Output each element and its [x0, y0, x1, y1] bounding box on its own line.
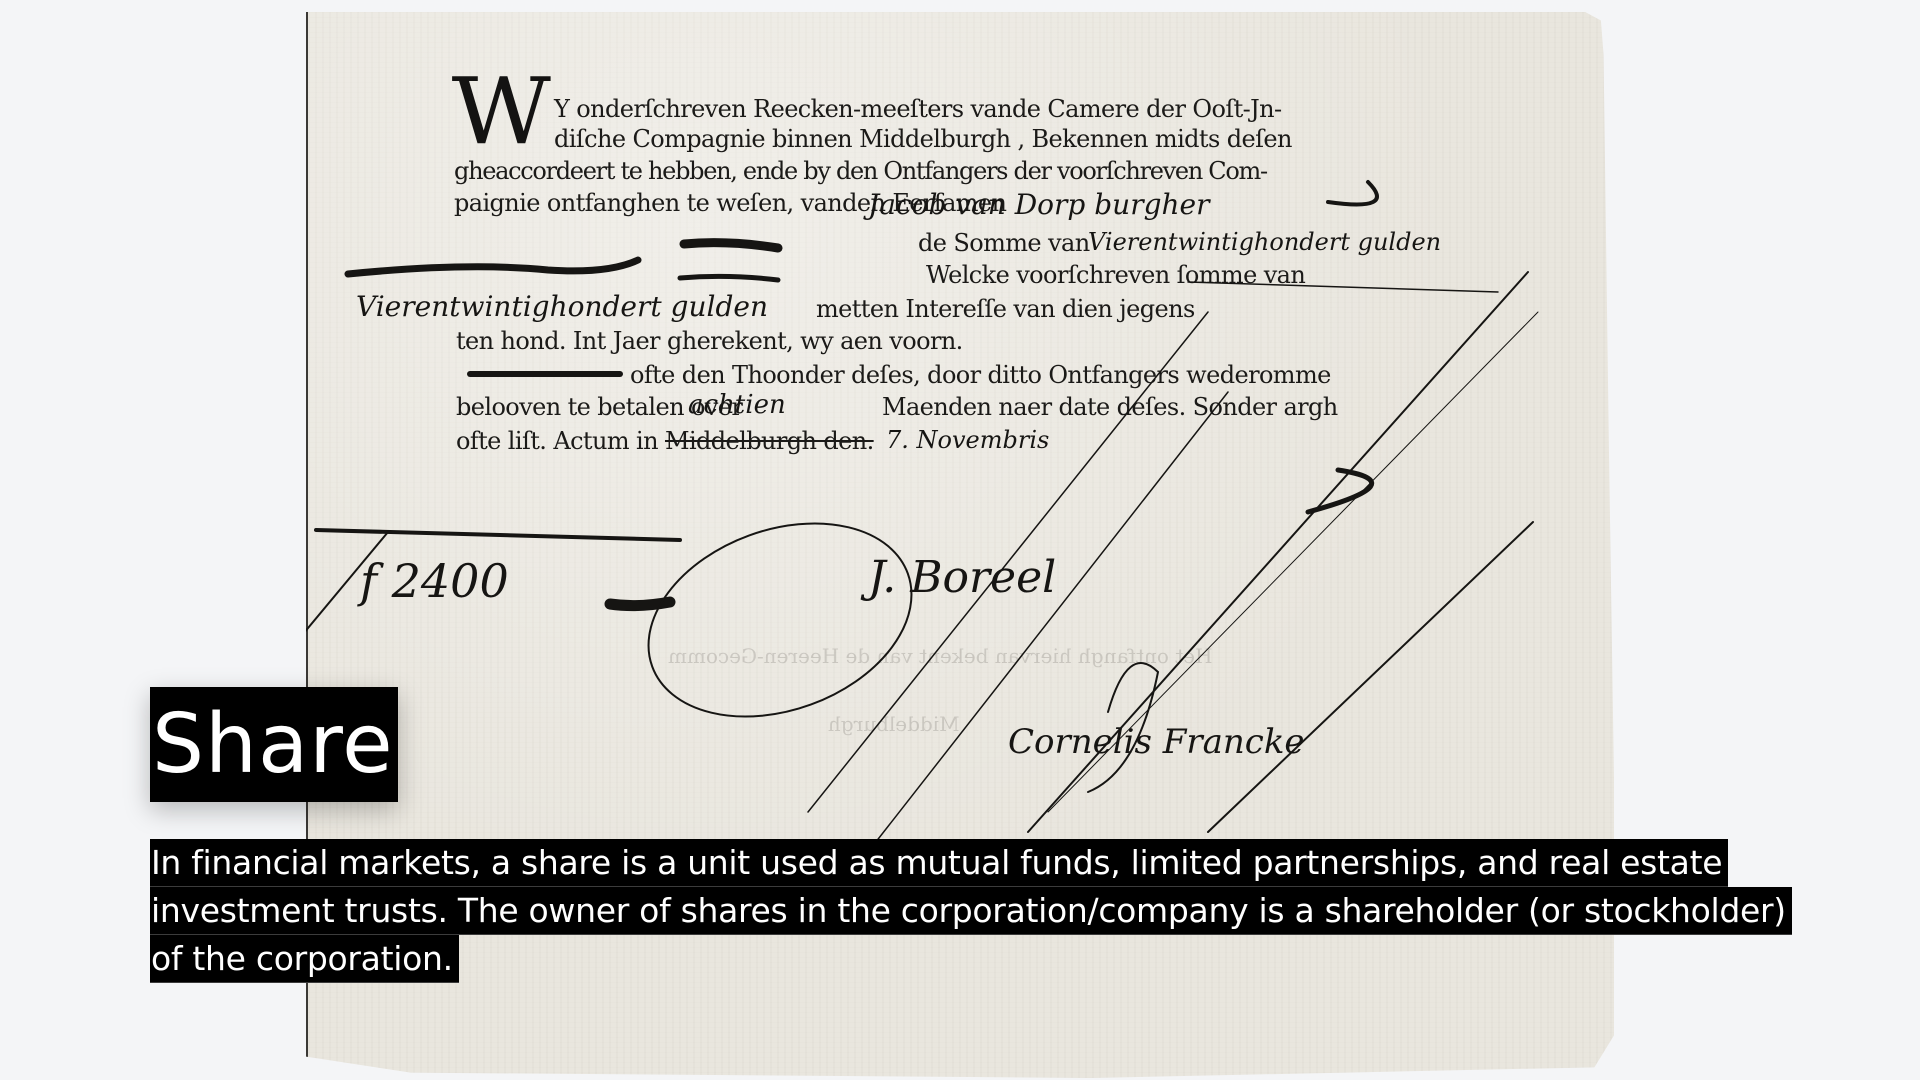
slide-title: Share	[150, 687, 398, 802]
slide-caption: In financial markets, a share is a unit …	[150, 839, 1792, 983]
caption-line-3: of the corporation.	[150, 935, 459, 983]
caption-line-1: In financial markets, a share is a unit …	[150, 839, 1728, 887]
caption-line-2: investment trusts. The owner of shares i…	[150, 887, 1792, 935]
slide: W Y onderſchreven Reecken-meeſters vande…	[0, 0, 1920, 1080]
